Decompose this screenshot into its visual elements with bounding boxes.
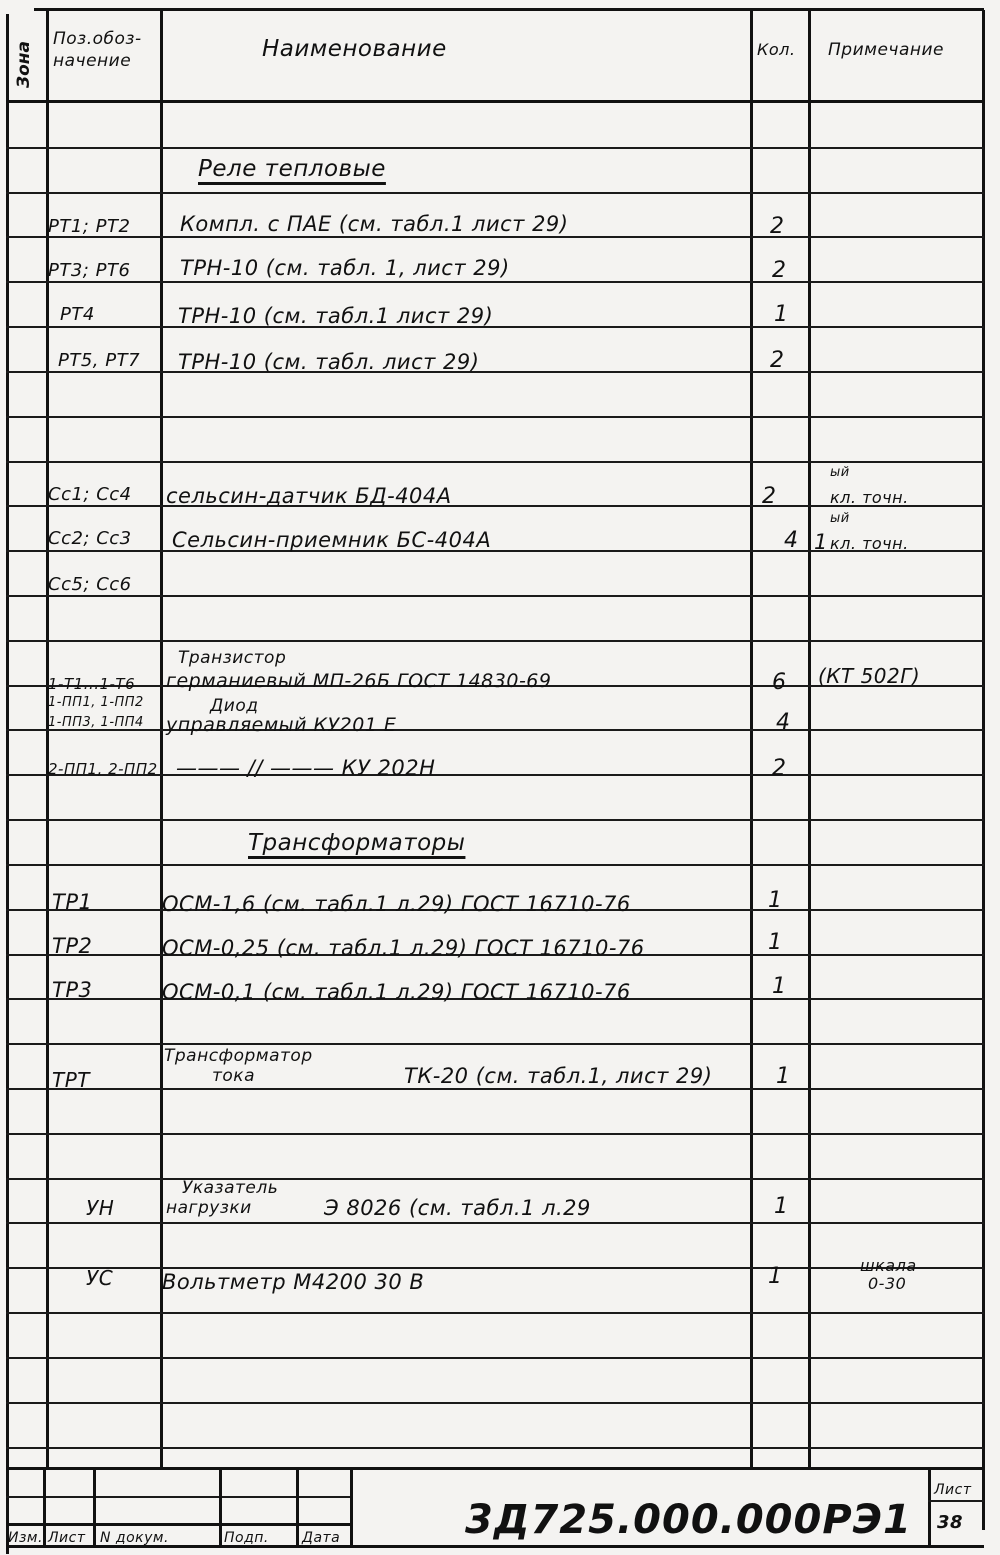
row-line (6, 416, 984, 418)
frame-right (982, 10, 985, 1530)
row-pos: 1-ПП3, 1-ПП4 (48, 716, 144, 730)
row-qty: 1 (774, 1194, 789, 1219)
tb-label-change: Изм. (8, 1530, 43, 1546)
row-name: германиевый МП-26Б ГОСТ 14830-69 (166, 670, 551, 692)
row-qty: 1 (776, 1064, 791, 1089)
row-line (6, 192, 984, 194)
row-name: ОСМ-1,6 (см. табл.1 л.29) ГОСТ 16710-76 (162, 892, 631, 916)
header-position: Поз.обоз- начение (53, 28, 142, 72)
row-note-line1: шкала (860, 1256, 917, 1275)
row-name-line1: Диод (210, 698, 258, 715)
header-qty: Кол. (757, 40, 795, 59)
row-pos: 1-Т1...1-Т6 (48, 676, 135, 693)
tb-label-date: Дата (302, 1530, 340, 1546)
header-name: Наименование (262, 36, 447, 62)
tb-label-sheet: Лист (48, 1530, 85, 1546)
row-name: Компл. с ПАЕ (см. табл.1 лист 29) (180, 212, 568, 236)
tb-divider (296, 1467, 299, 1547)
sheet-label: Лист (934, 1482, 971, 1498)
row-line (6, 1043, 984, 1045)
row-name: ОСМ-0,1 (см. табл.1 л.29) ГОСТ 16710-76 (162, 980, 631, 1004)
row-qty: 4 (776, 710, 791, 735)
row-pos: Сс2; Сс3 (48, 528, 132, 549)
row-name: Э 8026 (см. табл.1 л.29 (324, 1196, 591, 1220)
tb-divider (928, 1467, 931, 1547)
row-name: ОСМ-0,25 (см. табл.1 л.29) ГОСТ 16710-76 (162, 936, 645, 960)
tb-sheet-divider (928, 1500, 984, 1502)
row-name: Вольтметр М4200 30 В (162, 1270, 424, 1294)
row-pos: 2-ПП1, 2-ПП2 (48, 760, 158, 778)
row-pos: Сс5; Сс6 (48, 574, 132, 595)
header-zone: Зона (12, 30, 42, 90)
row-line (6, 640, 984, 642)
row-name-line1: Транзистор (178, 650, 286, 667)
tb-label-doc-number: N докум. (100, 1530, 169, 1546)
row-name-line1: Указатель (182, 1180, 278, 1197)
row-pos: РТ3; РТ6 (48, 260, 130, 281)
tb-divider (93, 1467, 96, 1547)
tb-divider (350, 1467, 353, 1547)
row-pos: ТР2 (52, 934, 92, 958)
row-qty: 2 (762, 484, 777, 509)
title-block-top (6, 1467, 984, 1470)
row-qty: 2 (770, 214, 785, 239)
row-line (6, 1088, 984, 1090)
row-name: ТРН-10 (см. табл. лист 29) (178, 350, 479, 374)
section-title: Реле тепловые (198, 156, 386, 182)
row-pos: РТ4 (60, 304, 95, 325)
row-line (6, 1178, 984, 1180)
row-line (6, 1267, 984, 1269)
document-code: 3Д725.000.000РЭ1 (465, 1497, 912, 1543)
tb-label-signature: Подп. (224, 1530, 269, 1546)
row-pos: ТР1 (52, 890, 92, 914)
col-pos-divider (160, 10, 163, 1468)
row-line (6, 147, 984, 149)
col-name-divider (750, 10, 753, 1468)
row-line (6, 1402, 984, 1404)
row-note: (КТ 502Г) (818, 664, 920, 688)
note-superscript: ый (830, 512, 850, 526)
row-name-line2: тока (212, 1068, 255, 1085)
row-pos: ТРТ (52, 1068, 90, 1092)
row-qty: 6 (772, 670, 787, 695)
section-title: Трансформаторы (248, 830, 465, 856)
row-name: ——— // ——— КУ 202Н (176, 756, 435, 780)
row-qty: 1 (774, 302, 789, 327)
row-name: ТРН-10 (см. табл. 1, лист 29) (180, 256, 510, 280)
row-line (6, 1312, 984, 1314)
tb-divider (219, 1467, 222, 1547)
row-name-line1: Трансформатор (164, 1048, 313, 1065)
row-name: ТК-20 (см. табл.1, лист 29) (404, 1064, 712, 1088)
row-pos: РТ1; РТ2 (48, 216, 130, 237)
row-pos: ТР3 (52, 978, 92, 1002)
row-line (6, 461, 984, 463)
row-line (6, 1447, 984, 1449)
row-line (6, 236, 984, 238)
row-line (6, 281, 984, 283)
row-name: Сельсин-приемник БС-404А (172, 528, 491, 552)
title-block-row (6, 1523, 352, 1526)
row-qty: 1 (768, 1264, 783, 1289)
row-qty: 1 (768, 930, 783, 955)
col-qty-divider (808, 10, 811, 1468)
row-line (6, 371, 984, 373)
row-line (6, 1222, 984, 1224)
row-qty: 2 (772, 756, 787, 781)
row-line (6, 1357, 984, 1359)
row-name: управляемый КУ201 Е (166, 714, 396, 736)
sheet-number: 38 (937, 1512, 963, 1533)
row-pos: УС (86, 1266, 113, 1290)
row-note: кл. точн. (830, 534, 909, 553)
note-prefix: 1 (814, 530, 828, 554)
row-pos: УН (86, 1196, 114, 1220)
spec-sheet: Зона Поз.обоз- начение Наименование Кол.… (0, 0, 1000, 1555)
row-qty: 4 (784, 528, 799, 553)
row-line (6, 729, 984, 731)
row-note: 0-30 (868, 1274, 906, 1293)
row-note: кл. точн. (830, 488, 909, 507)
row-qty: 1 (772, 974, 787, 999)
row-qty: 2 (772, 258, 787, 283)
title-block-row (6, 1496, 352, 1498)
row-line (6, 326, 984, 328)
row-line (6, 1133, 984, 1135)
row-line (6, 595, 984, 597)
row-qty: 2 (770, 348, 785, 373)
header-note: Примечание (828, 40, 944, 60)
row-name: сельсин-датчик БД-404А (166, 484, 452, 508)
row-pos-line1: 1-ПП1, 1-ПП2 (48, 696, 144, 710)
row-qty: 1 (768, 888, 783, 913)
row-name: ТРН-10 (см. табл.1 лист 29) (178, 304, 493, 328)
frame-left (6, 14, 9, 1554)
row-pos: Сс1; Сс4 (48, 484, 132, 505)
row-line (6, 819, 984, 821)
row-line (6, 864, 984, 866)
row-pos: РТ5, РТ7 (58, 350, 140, 371)
note-superscript: ый (830, 466, 850, 480)
tb-divider (43, 1467, 46, 1547)
row-name-line2: нагрузки (166, 1200, 252, 1217)
header-bottom-line (6, 100, 984, 103)
frame-top (34, 8, 984, 11)
